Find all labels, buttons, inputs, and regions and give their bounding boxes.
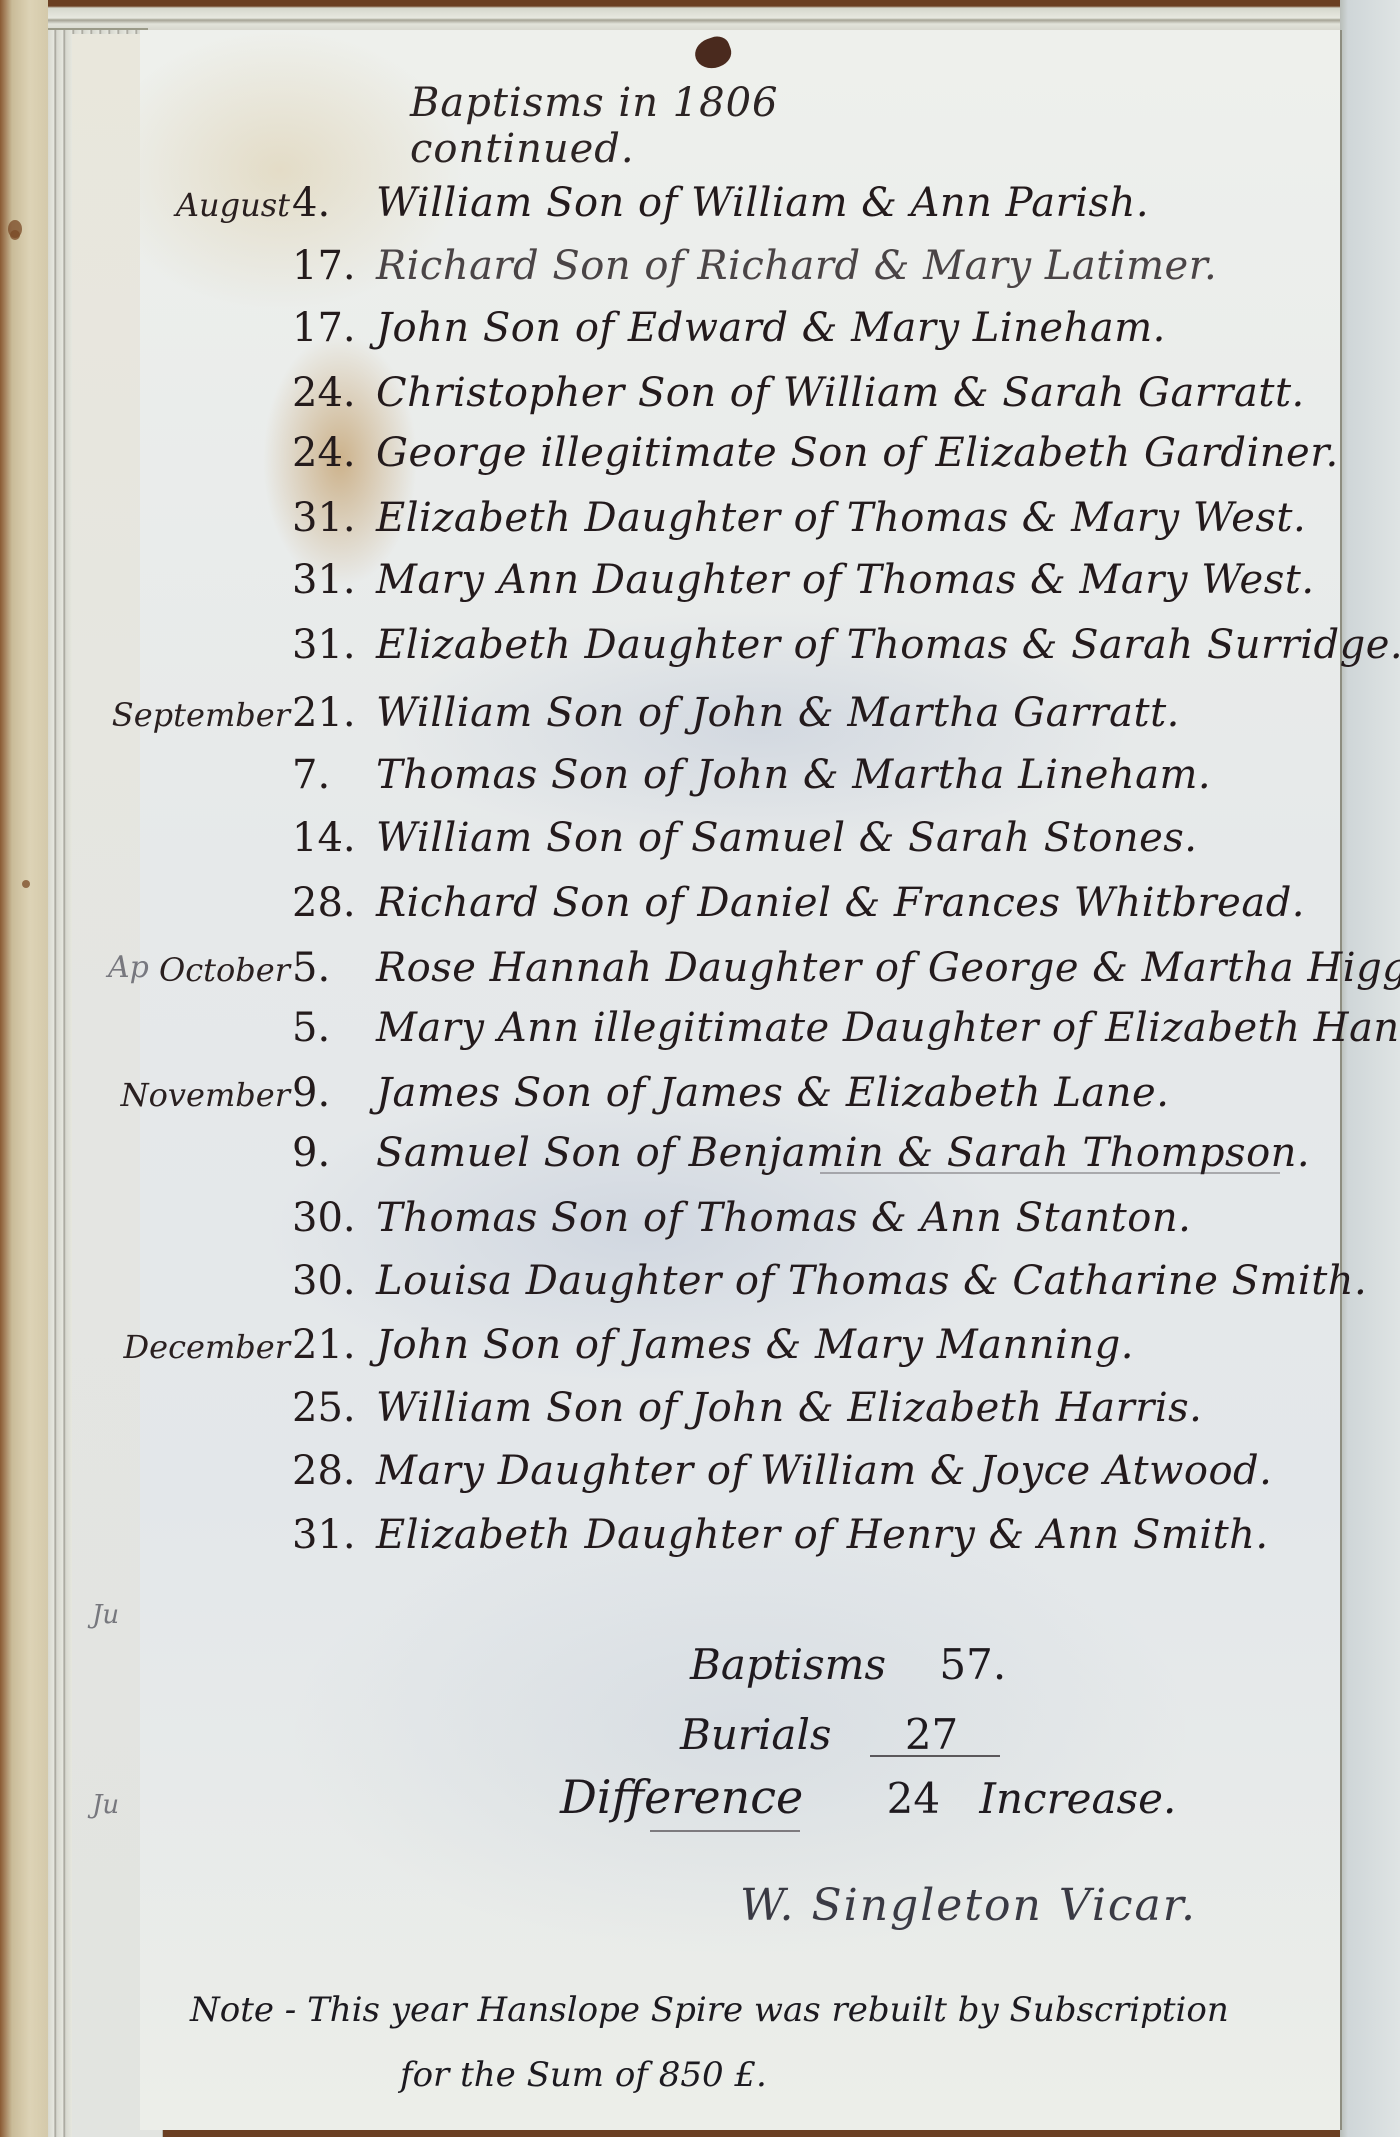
baptism-entry: October 5. Rose Hannah Daughter of Georg… (150, 945, 1400, 991)
entry-day: 24. (292, 370, 362, 416)
entry-day: 9. (292, 1130, 362, 1176)
entry-day: 14. (292, 815, 362, 861)
entry-day: 17. (292, 243, 362, 289)
next-leaf-edge (1340, 0, 1400, 2137)
baptism-entry: 28. Richard Son of Daniel & Frances Whit… (150, 880, 1305, 926)
binding-stain (10, 230, 20, 240)
entry-day: 9. (292, 1070, 362, 1116)
baptism-entry: November 9. James Son of James & Elizabe… (150, 1070, 1169, 1116)
entry-text: William Son of John & Elizabeth Harris. (376, 1385, 1202, 1431)
entry-text: Thomas Son of John & Martha Lineham. (376, 752, 1211, 798)
entry-text: Richard Son of Daniel & Frances Whitbrea… (376, 880, 1305, 926)
entry-day: 7. (292, 752, 362, 798)
margin-fragment: Ap (108, 950, 149, 985)
baptism-entry: 28. Mary Daughter of William & Joyce Atw… (150, 1448, 1272, 1494)
baptism-entry: September 21. William Son of John & Mart… (150, 690, 1180, 736)
entry-text: Thomas Son of Thomas & Ann Stanton. (376, 1195, 1191, 1241)
sum-rule (870, 1755, 1000, 1757)
entry-text: Mary Daughter of William & Joyce Atwood. (376, 1448, 1272, 1494)
burials-count: 27 (905, 1710, 958, 1759)
entry-day: 5. (292, 1005, 362, 1051)
baptism-entry: August 4. William Son of William & Ann P… (150, 180, 1149, 226)
difference-count: 24 (887, 1774, 940, 1823)
entry-day: 30. (292, 1258, 362, 1304)
entry-text: Rose Hannah Daughter of George & Martha … (376, 945, 1400, 991)
binding-stain (22, 880, 30, 888)
entry-day: 31. (292, 495, 362, 541)
baptisms-count: 57. (939, 1640, 1006, 1689)
difference-total: Difference 24 Increase. (560, 1770, 1176, 1824)
entry-text: Louisa Daughter of Thomas & Catharine Sm… (376, 1258, 1367, 1304)
baptism-entry: 24. George illegitimate Son of Elizabeth… (150, 430, 1339, 476)
entry-day: 31. (292, 557, 362, 603)
entry-text: Richard Son of Richard & Mary Latimer. (376, 243, 1217, 289)
entry-day: 4. (292, 180, 362, 226)
baptism-entry: 31. Elizabeth Daughter of Henry & Ann Sm… (150, 1512, 1269, 1558)
page-title: Baptisms in 1806 continued. (410, 80, 1010, 172)
baptism-entry: 24. Christopher Son of William & Sarah G… (150, 370, 1305, 416)
entry-text: John Son of James & Mary Manning. (376, 1322, 1134, 1368)
margin-fragment: Ju (92, 1600, 119, 1630)
entry-text: William Son of Samuel & Sarah Stones. (376, 815, 1198, 861)
entry-text: John Son of Edward & Mary Lineham. (376, 305, 1166, 351)
entry-month: December (110, 1328, 290, 1366)
note-line-1: Note - This year Hanslope Spire was rebu… (190, 1990, 1229, 2030)
entry-text: George illegitimate Son of Elizabeth Gar… (376, 430, 1339, 476)
vicar-signature: W. Singleton Vicar. (740, 1880, 1197, 1931)
margin-fragment: Ju (92, 1790, 119, 1820)
note-line-2: for the Sum of 850 £. (400, 2055, 767, 2095)
baptisms-total: Baptisms 57. (690, 1640, 1006, 1689)
entry-day: 28. (292, 1448, 362, 1494)
baptism-entry: 30. Thomas Son of Thomas & Ann Stanton. (150, 1195, 1191, 1241)
difference-underline (650, 1830, 800, 1832)
entry-month: September (100, 696, 290, 734)
entry-text: James Son of James & Elizabeth Lane. (376, 1070, 1169, 1116)
baptism-entry: 25. William Son of John & Elizabeth Harr… (150, 1385, 1202, 1431)
entry-month: October (150, 951, 290, 989)
entry-month: November (110, 1076, 290, 1114)
entry-text: Elizabeth Daughter of Thomas & Sarah Sur… (376, 622, 1400, 668)
burials-total: Burials 27 (680, 1710, 958, 1759)
baptism-entry: 5. Mary Ann illegitimate Daughter of Eli… (150, 1005, 1400, 1051)
baptism-entry: 31. Elizabeth Daughter of Thomas & Mary … (150, 495, 1306, 541)
entry-day: 31. (292, 1512, 362, 1558)
baptism-entry: 14. William Son of Samuel & Sarah Stones… (150, 815, 1198, 861)
entry-day: 21. (292, 1322, 362, 1368)
entry-text: Christopher Son of William & Sarah Garra… (376, 370, 1305, 416)
baptism-entry: December 21. John Son of James & Mary Ma… (150, 1322, 1134, 1368)
baptism-entry: 17. Richard Son of Richard & Mary Latime… (150, 243, 1217, 289)
baptism-entry: 31. Mary Ann Daughter of Thomas & Mary W… (150, 557, 1315, 603)
underline-rule (820, 1172, 1280, 1174)
baptism-entry: 31. Elizabeth Daughter of Thomas & Sarah… (150, 622, 1400, 668)
entry-day: 30. (292, 1195, 362, 1241)
baptism-entry: 9. Samuel Son of Benjamin & Sarah Thomps… (150, 1130, 1310, 1176)
baptism-entry: 17. John Son of Edward & Mary Lineham. (150, 305, 1166, 351)
burials-label: Burials (680, 1710, 831, 1759)
entry-text: Samuel Son of Benjamin & Sarah Thompson. (376, 1130, 1310, 1176)
entry-day: 24. (292, 430, 362, 476)
difference-note: Increase. (979, 1774, 1176, 1823)
entry-day: 31. (292, 622, 362, 668)
entry-day: 25. (292, 1385, 362, 1431)
entry-month: August (150, 186, 290, 224)
entry-text: William Son of William & Ann Parish. (376, 180, 1149, 226)
baptism-entry: 7. Thomas Son of John & Martha Lineham. (150, 752, 1211, 798)
page-stack-top-edge (48, 0, 1400, 34)
entry-day: 28. (292, 880, 362, 926)
difference-label: Difference (560, 1770, 803, 1824)
entry-day: 5. (292, 945, 362, 991)
entry-text: Mary Ann illegitimate Daughter of Elizab… (376, 1005, 1400, 1051)
entry-text: Mary Ann Daughter of Thomas & Mary West. (376, 557, 1315, 603)
entry-text: William Son of John & Martha Garratt. (376, 690, 1180, 736)
entry-text: Elizabeth Daughter of Thomas & Mary West… (376, 495, 1306, 541)
entry-day: 17. (292, 305, 362, 351)
baptism-entry: 30. Louisa Daughter of Thomas & Catharin… (150, 1258, 1367, 1304)
entry-text: Elizabeth Daughter of Henry & Ann Smith. (376, 1512, 1269, 1558)
baptisms-label: Baptisms (690, 1640, 886, 1689)
entry-day: 21. (292, 690, 362, 736)
